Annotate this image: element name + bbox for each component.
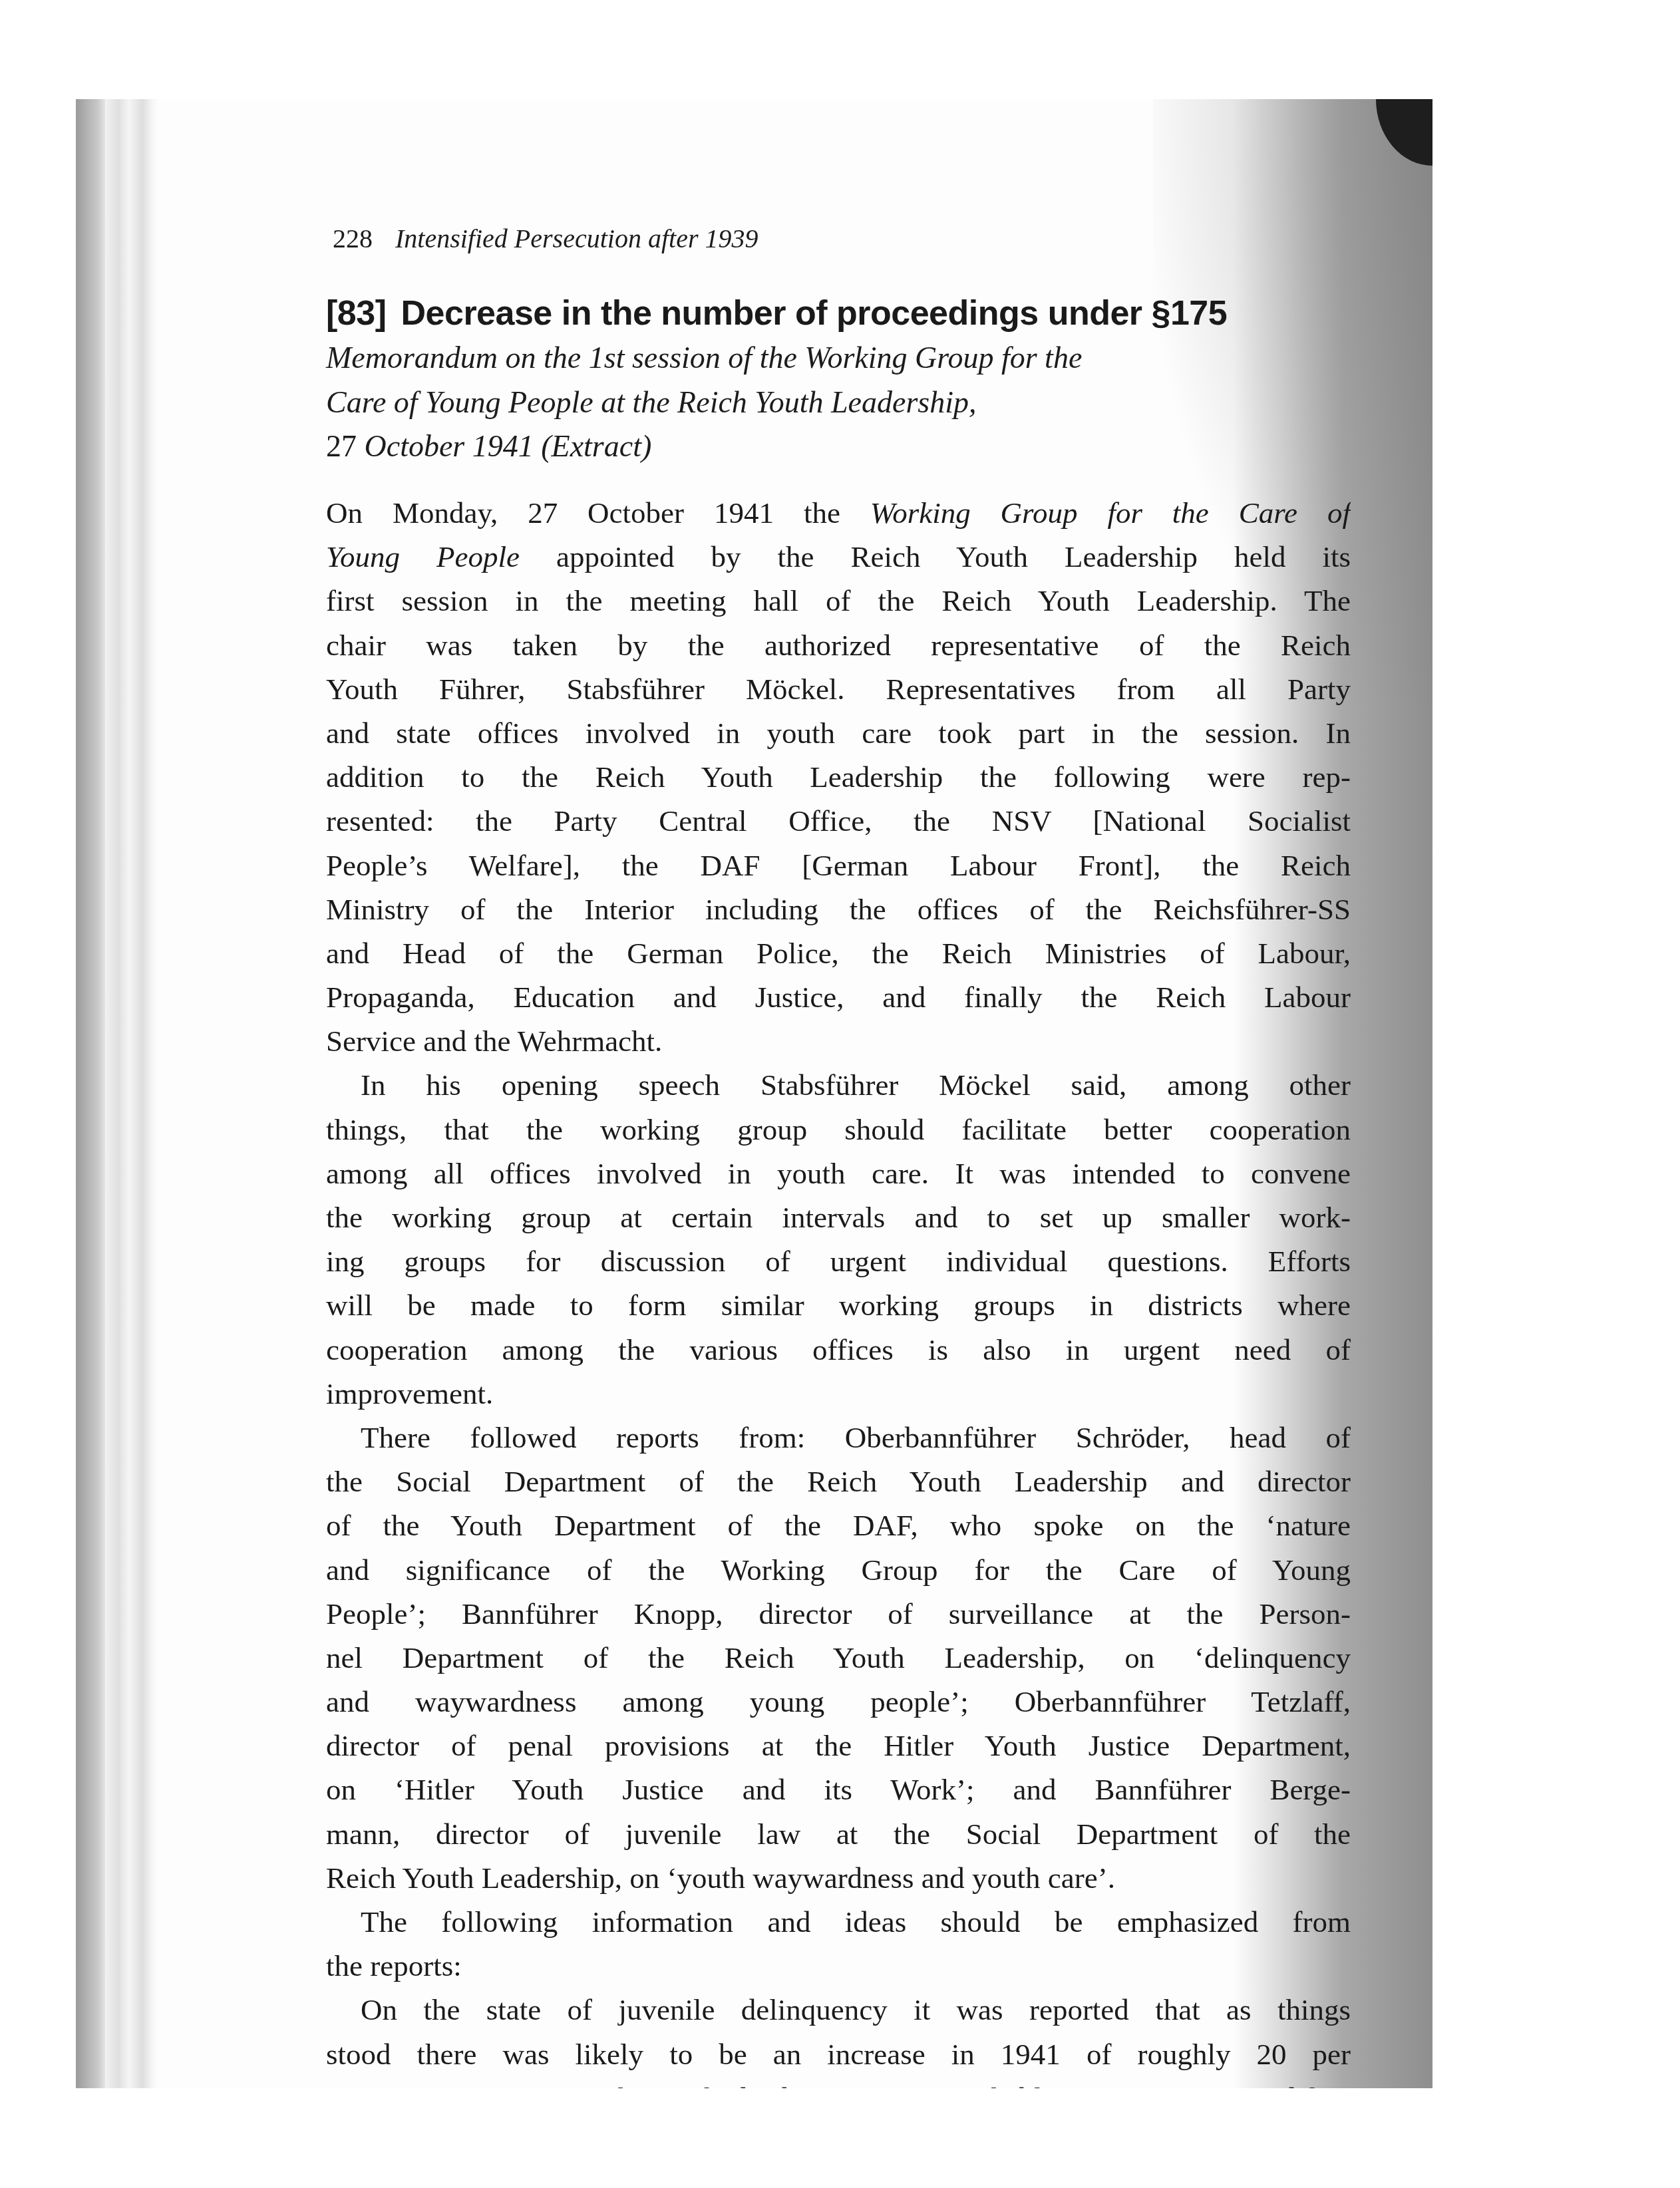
text-line: chair was taken by the authorized repres… (326, 623, 1351, 667)
text-line: Reich Youth Leadership, on ‘youth waywar… (326, 1856, 1351, 1900)
text-line: and waywardness among young people’; Obe… (326, 1680, 1351, 1724)
binding-gutter-shadow (76, 99, 105, 2088)
document-heading: [83]Decrease in the number of proceeding… (326, 293, 1227, 333)
subtitle-date-rest: October 1941 (Extract) (365, 429, 652, 463)
subtitle-line: Memorandum on the 1st session of the Wor… (326, 336, 1364, 381)
text-line: ing groups for discussion of urgent indi… (326, 1239, 1351, 1283)
binding-gutter-stripes (105, 99, 158, 2088)
italic-phrase: Working Group for the Care of (870, 496, 1351, 530)
text-line: stood there was likely to be an increase… (326, 2032, 1351, 2076)
text-line: director of penal provisions at the Hitl… (326, 1724, 1351, 1768)
text-line: will be made to form similar working gro… (326, 1283, 1351, 1327)
text-line: Propaganda, Education and Justice, and f… (326, 975, 1351, 1019)
paragraph: On the state of juvenile delinquency it … (326, 1988, 1351, 2088)
paragraph: There followed reports from: Oberbannfüh… (326, 1416, 1351, 1900)
italic-phrase: Young People (326, 540, 520, 573)
paragraph: On Monday, 27 October 1941 the Working G… (326, 491, 1351, 1063)
running-title: Intensified Persecution after 1939 (395, 224, 758, 253)
text-line: of the Youth Department of the DAF, who … (326, 1503, 1351, 1547)
running-header: 228Intensified Persecution after 1939 (333, 223, 758, 255)
document-title: Decrease in the number of proceedings un… (401, 294, 1227, 333)
text-line: On Monday, 27 October 1941 the Working G… (326, 491, 1351, 535)
subtitle-line: Care of Young People at the Reich Youth … (326, 381, 1364, 425)
text-line: among all offices involved in youth care… (326, 1152, 1351, 1195)
scanned-page: 228Intensified Persecution after 1939 [8… (76, 99, 1432, 2088)
paragraph: The following information and ideas shou… (326, 1900, 1351, 1988)
text-line: on ‘Hitler Youth Justice and its Work’; … (326, 1768, 1351, 1811)
paragraph: In his opening speech Stabsführer Möckel… (326, 1063, 1351, 1416)
text-line: There followed reports from: Oberbannfüh… (326, 1416, 1351, 1460)
document-number: [83] (326, 294, 386, 333)
text-line: cooperation among the various offices is… (326, 1328, 1351, 1372)
text-line: resented: the Party Central Office, the … (326, 799, 1351, 843)
text-line: improvement. (326, 1372, 1351, 1416)
text-line: nel Department of the Reich Youth Leader… (326, 1636, 1351, 1680)
text-line: On the state of juvenile delinquency it … (326, 1988, 1351, 2032)
text-line: The following information and ideas shou… (326, 1900, 1351, 1944)
text-line: the Social Department of the Reich Youth… (326, 1460, 1351, 1503)
text-line: In his opening speech Stabsführer Möckel… (326, 1063, 1351, 1107)
text-line: first session in the meeting hall of the… (326, 579, 1351, 623)
text-line: Ministry of the Interior including the o… (326, 887, 1351, 931)
document-subtitle: Memorandum on the 1st session of the Wor… (326, 336, 1364, 469)
text-line: the working group at certain intervals a… (326, 1195, 1351, 1239)
page-number: 228 (333, 224, 373, 253)
text-line: the reports: (326, 1944, 1351, 1988)
text-line: People’s Welfare], the DAF [German Labou… (326, 844, 1351, 887)
text-line: cent over 1938. There had been a remarka… (326, 2076, 1351, 2088)
text-line: Youth Führer, Stabsführer Möckel. Repres… (326, 667, 1351, 711)
text-line: mann, director of juvenile law at the So… (326, 1812, 1351, 1856)
text-line: Service and the Wehrmacht. (326, 1019, 1351, 1063)
text-line: and state offices involved in youth care… (326, 711, 1351, 755)
subtitle-date: 27 (326, 429, 365, 463)
text-line: People’; Bannführer Knopp, director of s… (326, 1592, 1351, 1636)
text-line: and Head of the German Police, the Reich… (326, 931, 1351, 975)
body-text: On Monday, 27 October 1941 the Working G… (326, 491, 1351, 2088)
subtitle-date-line: 27 October 1941 (Extract) (326, 424, 1364, 469)
text-line: Young People appointed by the Reich Yout… (326, 535, 1351, 579)
text-line: things, that the working group should fa… (326, 1108, 1351, 1152)
text-line: addition to the Reich Youth Leadership t… (326, 755, 1351, 799)
text-line: and significance of the Working Group fo… (326, 1548, 1351, 1592)
